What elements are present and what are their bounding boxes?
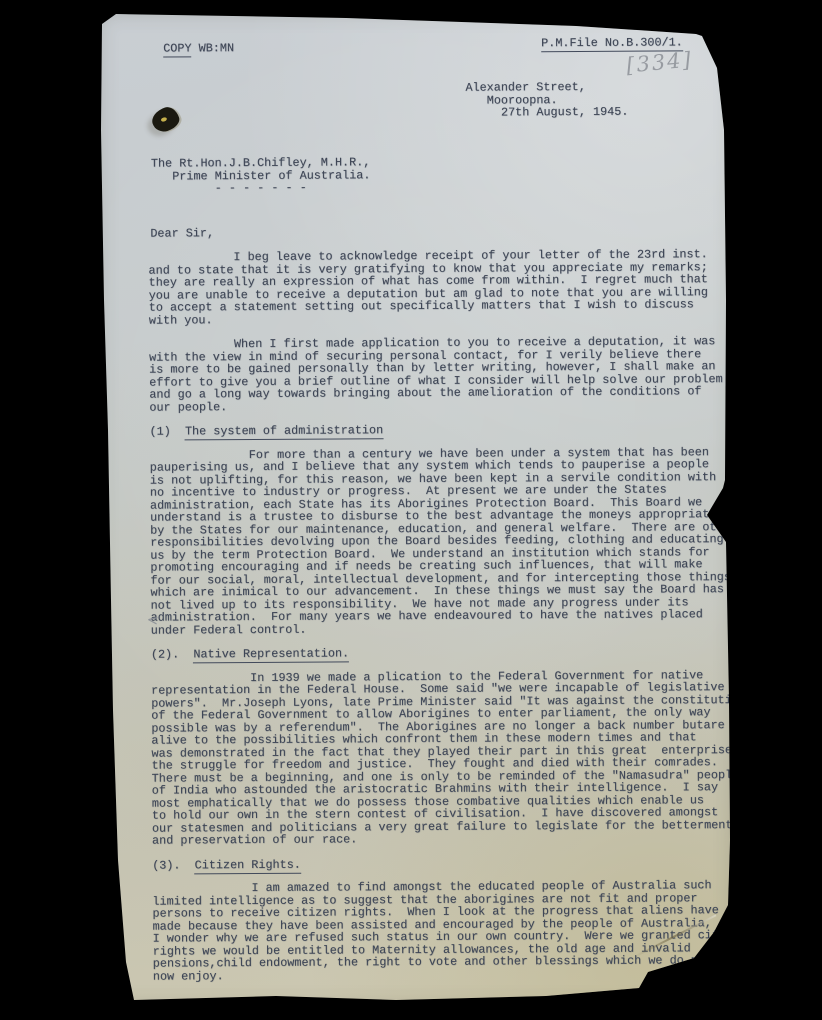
section-number: (1) — [149, 424, 184, 438]
section-heading: (1) The system of administration — [149, 422, 749, 438]
section-number: (2). — [151, 647, 194, 661]
copy-label: COPY — [163, 41, 191, 57]
paragraph: I am amazed to find amongst the educated… — [152, 879, 753, 983]
handwritten-annotation: [334] — [626, 53, 693, 72]
paragraph: When I first made application to you to … — [149, 335, 749, 414]
section-title: Citizen Rights. — [195, 857, 301, 874]
letter-body: I beg leave to acknowledge receipt of yo… — [148, 248, 753, 995]
recipient-address: The Rt.Hon.J.B.Chifley, M.H.R., Prime Mi… — [151, 156, 371, 195]
sender-address: Alexander Street, Mooroopna. 27th August… — [465, 81, 628, 119]
section-title: The system of administration — [185, 423, 383, 440]
section-title: Native Representation. — [193, 646, 349, 663]
file-reference: P.M.File No.B.300/1. — [541, 36, 683, 49]
paragraph: I beg leave to acknowledge receipt of yo… — [148, 248, 748, 327]
section-heading: (2). Native Representation. — [151, 645, 751, 661]
paragraph: For more than a century we have been und… — [150, 445, 751, 636]
paragraph: In 1939 we made a plication to the Feder… — [151, 668, 752, 847]
paper: COPY WB:MN P.M.File No.B.300/1. [334] Al… — [96, 10, 736, 1008]
scan-background: COPY WB:MN P.M.File No.B.300/1. [334] Al… — [0, 0, 822, 1020]
pencil-check-mark: < — [146, 614, 159, 628]
section-heading: (3). Citizen Rights. — [152, 855, 752, 871]
copy-ref-value: WB:MN — [199, 41, 234, 55]
paper-hole-glint — [160, 117, 167, 123]
salutation: Dear Sir, — [150, 227, 214, 240]
section-number: (3). — [152, 858, 195, 872]
letter-content: COPY WB:MN P.M.File No.B.300/1. [334] Al… — [93, 8, 739, 1010]
copy-reference: COPY WB:MN — [163, 42, 234, 55]
